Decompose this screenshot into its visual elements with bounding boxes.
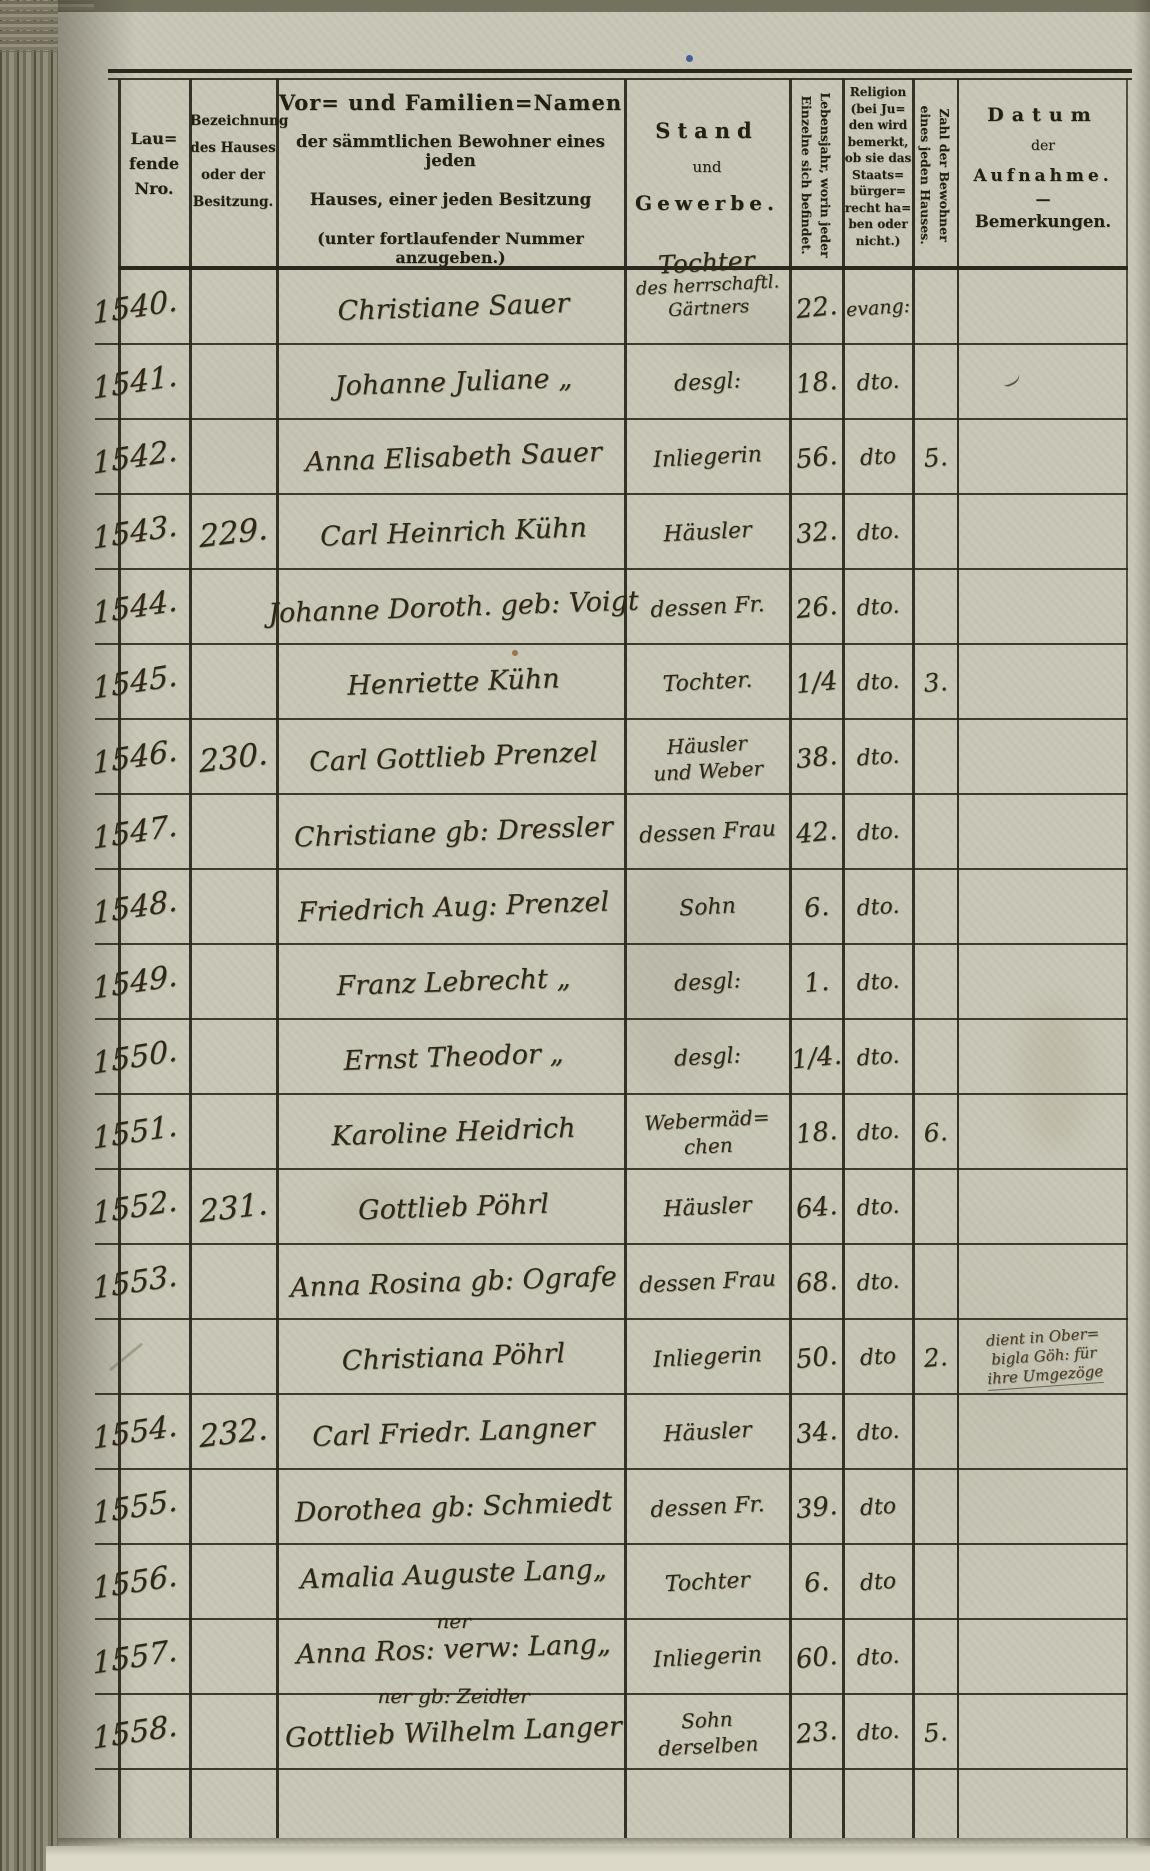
age-value: 6. [786,867,847,947]
remark-note [958,564,1131,651]
table-row: 1551. Karoline Heidrich Webermäd=chen 18… [0,1095,1150,1170]
table-row: Christiana Pöhrl Inliegerin 50. dto 2. d… [0,1320,1150,1395]
remark-note [958,714,1131,801]
remark-note [958,1464,1131,1551]
age-value: 26. [786,567,847,647]
residents-count [910,793,961,872]
religion-value: dto [840,418,915,498]
col-header-namen-title: Vor= und Familien=Namen [277,90,624,115]
page-bottom-shadow [58,1838,1150,1846]
col-header-namen-sub2: Hauses, einer jeden Besitzung [277,190,624,209]
table-row: 1558. Gottlieb Wilhelm Langer Sohndersel… [0,1695,1150,1770]
religion-value: dto. [840,1093,915,1173]
residents-count: 3. [910,643,961,722]
col-header-laufende-nro: Lau=fendeNro. [118,126,190,201]
table-row: 1554. 232. Carl Friedr. Langner Häusler … [0,1395,1150,1470]
remark-note: dient in Ober=bigla Göh: fürihre Umgezög… [958,1314,1131,1401]
col-header-der: der [958,138,1128,154]
residents-count: 2. [910,1318,961,1397]
occupation: Inliegerin [624,1616,791,1699]
house-number [189,1240,278,1326]
house-number [189,790,278,876]
house-number [189,865,278,951]
remark-note [958,1089,1131,1176]
occupation: Häusler [624,491,791,574]
remark-note [958,264,1131,351]
occupation: dessen Fr. [624,566,791,649]
col-header-bemerkungen: Bemerkungen. [958,212,1128,231]
table-top-rule-thick [108,69,1132,73]
col-header-gewerbe: Gewerbe. [625,191,789,215]
religion-value: dto. [840,1243,915,1323]
table-row: 1557. Anna Ros: verw: Lang„ ner gb: Zeid… [0,1620,1150,1695]
col-header-dash: — [958,190,1128,208]
remark-note [958,789,1131,876]
religion-value: evang: [840,268,915,348]
table-row: 1543. 229. Carl Heinrich Kühn Häusler 32… [0,495,1150,570]
occupation: Tochter. [624,641,791,724]
residents-count [910,868,961,947]
remark-note [958,1164,1131,1251]
age-value: 6. [786,1542,847,1622]
remark-note [958,1239,1131,1326]
resident-name-line2 [281,1695,626,1783]
religion-value: dto. [840,943,915,1023]
residents-count: 5. [910,418,961,497]
occupation: desgl: [624,941,791,1024]
table-row: 1542. Anna Elisabeth Sauer Inliegerin 56… [0,420,1150,495]
scan-background-edge [0,0,1150,12]
age-value: 32. [786,492,847,572]
age-value: 42. [786,792,847,872]
age-value: 1/4 [786,642,847,722]
col-header-lebensjahr-rotated: Lebensjahr, worin jederEinzelne sich bef… [797,85,835,265]
table-row: 1552. 231. Gottlieb Pöhrl Häusler 64. dt… [0,1170,1150,1245]
age-value: 50. [786,1317,847,1397]
residents-count [910,1243,961,1322]
residents-count: 6. [910,1093,961,1172]
row-number: 1558. [75,1686,194,1780]
house-number [189,1465,278,1551]
occupation: desgl: [624,1016,791,1099]
remark-note [958,1614,1131,1701]
table-row: 1549. Franz Lebrecht „ desgl: 1. dto. [0,945,1150,1020]
occupation: Häusler [624,1166,791,1249]
house-number [189,640,278,726]
table-top-rule-thin [108,78,1132,80]
age-value: 18. [786,1092,847,1172]
occupation: dessen Frau [624,1241,791,1324]
religion-value: dto. [840,1393,915,1473]
house-number [189,340,278,426]
remark-note [958,864,1131,951]
table-row: 1550. Ernst Theodor „ desgl: 1/4. dto. [0,1020,1150,1095]
residents-count [910,1168,961,1247]
col-header-bewohnerzahl-rotated: Zahl der Bewohnereines jeden Hauses. [916,90,954,260]
col-header-haus-bezeichnung: Bezeichnungdes Hausesoder derBesitzung. [190,108,276,216]
religion-value: dto [840,1468,915,1548]
age-value: 34. [786,1392,847,1472]
occupation: Inliegerin [624,1316,791,1399]
col-header-namen-sub3: (unter fortlaufender Nummer anzugeben.) [277,229,624,267]
remark-note [958,339,1131,426]
col-header-stand-gewerbe: Stand und Gewerbe. [625,118,789,215]
residents-count [910,268,961,347]
house-number: 232. [189,1390,278,1476]
house-number [189,1015,278,1101]
house-number [189,1615,278,1701]
residents-count [910,1618,961,1697]
age-value: 1. [786,942,847,1022]
scanned-register-page: Lau=fendeNro. Bezeichnungdes Hausesoder … [0,0,1150,1871]
religion-value: dto. [840,643,915,723]
religion-value: dto. [840,1618,915,1698]
religion-value: dto. [840,493,915,573]
table-row: 1546. 230. Carl Gottlieb Prenzel Häusler… [0,720,1150,795]
remark-note [958,939,1131,1026]
table-row: 1548. Friedrich Aug: Prenzel Sohn 6. dto… [0,870,1150,945]
house-number: 231. [189,1165,278,1251]
table-row: 1545. Henriette Kühn Tochter. 1/4 dto. 3… [0,645,1150,720]
residents-count: 5. [910,1693,961,1772]
col-header-und: und [625,158,789,176]
occupation: Häusler [624,1391,791,1474]
age-value: 56. [786,417,847,497]
table-row: 1547. Christiane gb: Dressler dessen Fra… [0,795,1150,870]
house-number [189,415,278,501]
occupation: Tochterdes herrschaftl.Gärtners [624,244,791,327]
remark-note [958,1389,1131,1476]
col-header-stand: Stand [625,118,789,143]
occupation: dessen Fr. [624,1466,791,1549]
residents-count [910,568,961,647]
col-header-namen-sub1: der sämmtlichen Bewohner eines jeden [277,132,624,170]
residents-count [910,1393,961,1472]
col-header-datum: Datum [958,104,1128,126]
house-number [189,1315,278,1401]
occupation: dessen Frau [624,791,791,874]
religion-value: dto [840,1318,915,1398]
occupation: Sohnderselben [624,1691,791,1774]
remark-note [958,1014,1131,1101]
occupation: Webermäd=chen [624,1091,791,1174]
age-value: 22. [786,267,847,347]
house-number [189,1690,278,1776]
age-value: 1/4. [786,1017,847,1097]
religion-value: dto. [840,568,915,648]
remark-note [958,1689,1131,1776]
age-value: 39. [786,1467,847,1547]
residents-count [910,718,961,797]
religion-value: dto. [840,793,915,873]
occupation: Häuslerund Weber [624,716,791,799]
house-number: 230. [189,715,278,801]
religion-value: dto. [840,1693,915,1773]
age-value: 64. [786,1167,847,1247]
house-number: 229. [189,490,278,576]
house-number [189,565,278,651]
house-number [189,265,278,351]
religion-value: dto [840,1543,915,1623]
col-header-namen: Vor= und Familien=Namen der sämmtlichen … [277,90,624,267]
age-value: 68. [786,1242,847,1322]
residents-count [910,1018,961,1097]
col-header-datum-bemerkungen: Datum der Aufnahme. — Bemerkungen. [958,104,1128,231]
occupation: Sohn [624,866,791,949]
religion-value: dto. [840,1018,915,1098]
house-number [189,1090,278,1176]
table-row: 1544. Johanne Doroth. geb: Voigt dessen … [0,570,1150,645]
remark-note [958,489,1131,576]
table-row: 1553. Anna Rosina gb: Ografe dessen Frau… [0,1245,1150,1320]
remark-note [958,639,1131,726]
remark-note [958,414,1131,501]
table-row: 1541. Johanne Juliane „ desgl: 18. dto. [0,345,1150,420]
occupation: Inliegerin [624,416,791,499]
religion-value: dto. [840,718,915,798]
blue-ink-dot [686,55,693,62]
col-header-aufnahme: Aufnahme. [958,166,1128,186]
residents-count [910,1468,961,1547]
religion-value: dto. [840,1168,915,1248]
house-number [189,1540,278,1626]
pages-below-edge [46,1846,1150,1871]
house-number [189,940,278,1026]
remark-note [958,1539,1131,1626]
age-value: 38. [786,717,847,797]
religion-value: dto. [840,868,915,948]
residents-count [910,1543,961,1622]
table-row: 1540. Christiane Sauer Tochterdes herrsc… [0,270,1150,345]
occupation: desgl: [624,341,791,424]
religion-value: dto. [840,343,915,423]
age-value: 23. [786,1692,847,1772]
col-header-religion: Religion(bei Ju=den wirdbemerkt,ob sie d… [843,84,913,249]
occupation: Tochter [624,1541,791,1624]
residents-count [910,493,961,572]
age-value: 18. [786,342,847,422]
age-value: 60. [786,1617,847,1697]
residents-count [910,343,961,422]
residents-count [910,943,961,1022]
